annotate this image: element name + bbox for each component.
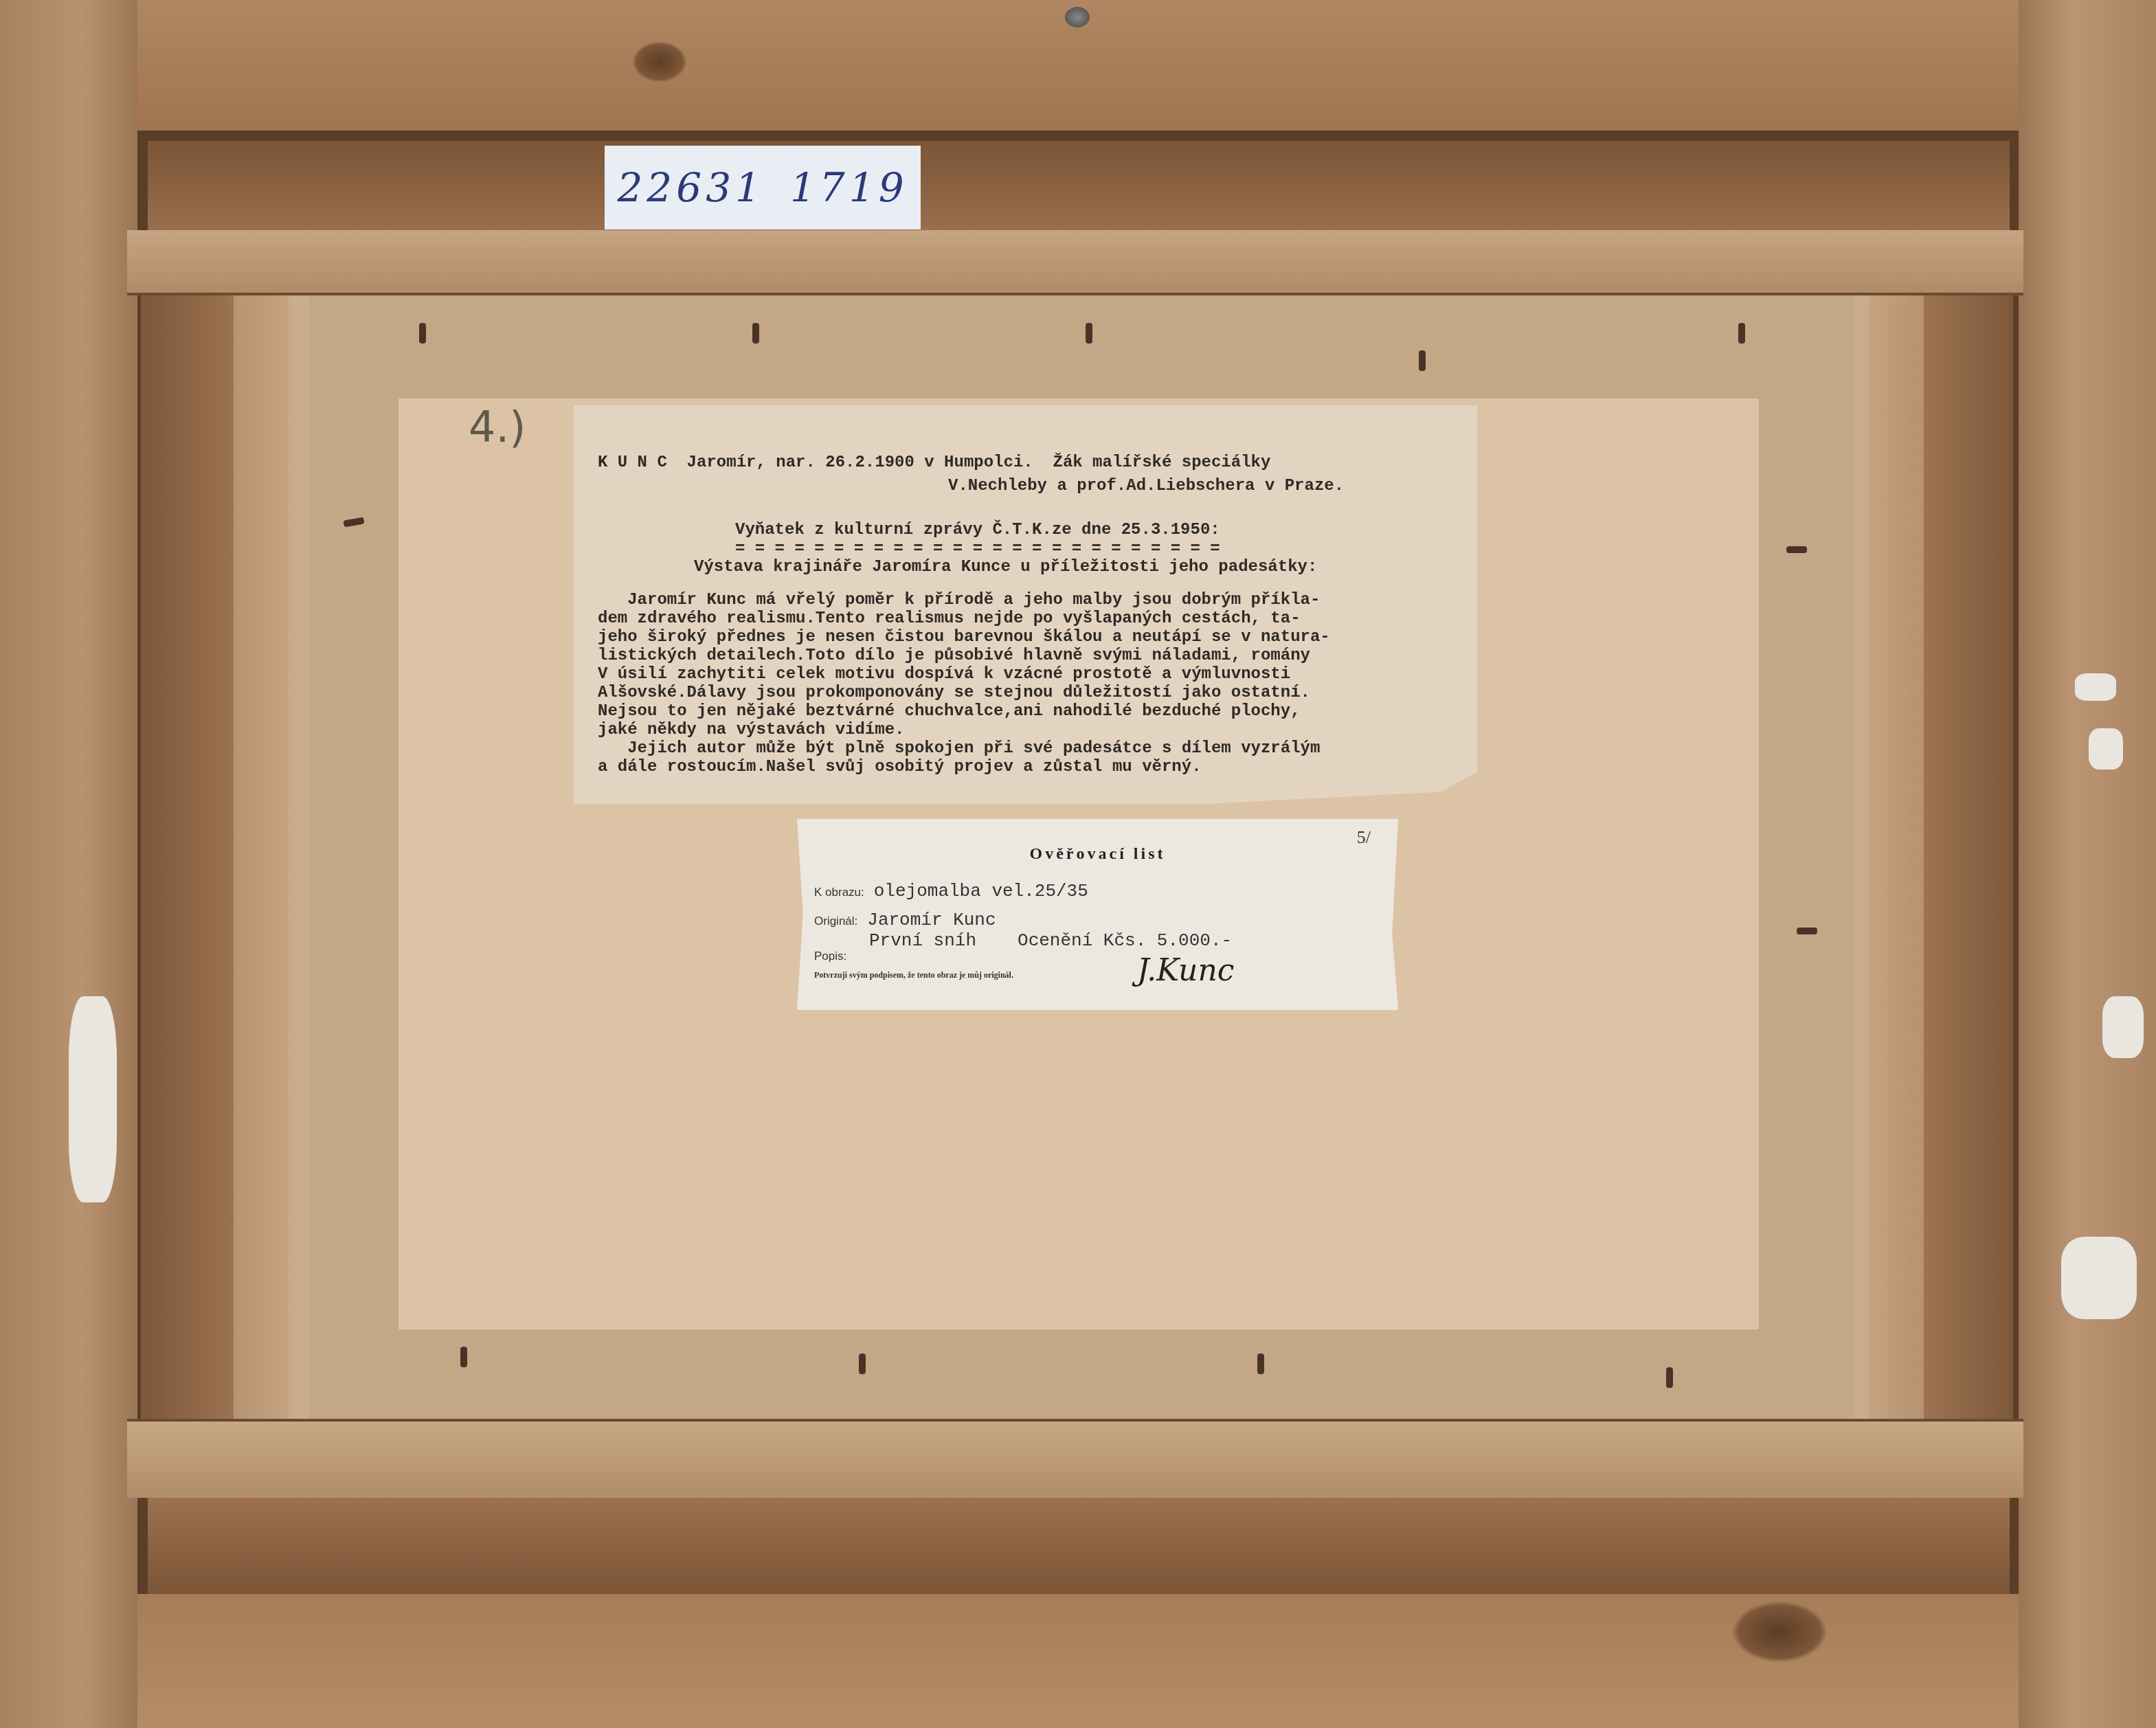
typed-body-line: Alšovské.Dálavy jsou prokomponovány se s… [598,684,1310,702]
typed-body-line: V úsilí zachytiti celek motivu dospívá k… [598,665,1290,684]
typed-body-line: Nejsou to jen nějaké beztvárné chuchvalc… [598,702,1301,721]
certificate-title: Ověřovací list [797,845,1398,864]
inner-wood-bottom [148,1498,2010,1594]
stretcher-top [127,230,2023,295]
original-value: Jaromír Kunc [867,910,996,930]
paint-chip [2089,728,2123,770]
typed-biography-sheet: K U N C Jaromír, nar. 26.2.1900 v Humpol… [574,405,1477,804]
certificate-corner-mark: 5/ [1357,827,1371,848]
nail-icon [1797,928,1817,934]
typed-body-line: Jejich autor může být plně spokojen při … [598,739,1320,758]
inventory-number-left: 22631 [617,164,765,211]
certificate-confirmation: Potvrzuji svým podpisem, že tento obraz … [814,970,1013,980]
typed-header-line1: K U N C Jaromír, nar. 26.2.1900 v Humpol… [598,453,1270,472]
paint-chip [2102,996,2144,1058]
nail-icon [1419,350,1426,371]
nail-icon [1738,323,1745,344]
frame-bottom-rail [0,1594,2156,1728]
frame-right-rail [2019,0,2156,1728]
original-label: Originál: [814,915,857,928]
inner-wood-top [148,141,2010,237]
inner-wood-right [1920,237,2013,1498]
artist-signature: J.Kunc [1137,953,1234,988]
nail-icon [460,1347,467,1367]
paint-chip [2075,673,2116,701]
paint-chip [69,996,117,1202]
certificate-row-popis: Popis: [814,950,846,963]
hanging-screw-icon [1065,7,1090,27]
paint-chip [2061,1237,2137,1319]
inventory-number-label: 22631 1719 [605,146,921,229]
inner-wood-left [141,237,237,1498]
k-obrazu-label: K obrazu: [814,886,864,899]
nail-icon [419,323,426,344]
typed-header-line2: V.Nechleby a prof.Ad.Liebschera v Praze. [948,477,1344,495]
nail-icon [752,323,759,344]
typed-separator: = = = = = = = = = = = = = = = = = = = = … [735,540,1220,559]
typed-body-line: dem zdravého realismu.Tento realismus ne… [598,609,1301,628]
typed-excerpt-title: Vyňatek z kulturní zprávy Č.T.K.ze dne 2… [735,521,1220,539]
nail-icon [859,1354,866,1374]
popis-label: Popis: [814,950,846,963]
certificate-row-original: Originál: Jaromír Kunc [814,910,996,930]
stretcher-bottom [127,1419,2023,1498]
nail-icon [1666,1367,1673,1388]
typed-exhibition-title: Výstava krajináře Jaromíra Kunce u příle… [694,558,1317,576]
nail-icon [1086,323,1092,344]
typed-body-line: jeho široký přednes je nesen čistou bare… [598,628,1330,647]
certificate-row-title: První sníh Ocenění Kčs. 5.000.- [869,930,1232,951]
authentication-certificate: Ověřovací list 5/ K obrazu: olejomalba v… [797,819,1398,1010]
inventory-number-right: 1719 [790,164,908,211]
wood-knot [632,41,687,82]
k-obrazu-value: olejomalba vel.25/35 [874,881,1088,901]
handwritten-note: 4.) [469,402,526,452]
certificate-row-painting: K obrazu: olejomalba vel.25/35 [814,881,1088,901]
typed-body-line: a dále rostoucím.Našel svůj osobitý proj… [598,758,1202,776]
nail-icon [1786,546,1807,553]
typed-body-line: listických detailech.Toto dílo je působi… [598,647,1310,665]
painting-title-value: První sníh [869,930,976,951]
nail-icon [1257,1354,1264,1374]
typed-body-line: Jaromír Kunc má vřelý poměr k přírodě a … [598,591,1320,609]
valuation-value: Ocenění Kčs. 5.000.- [1018,930,1232,951]
wood-knot [1731,1601,1828,1663]
frame-left-rail [0,0,137,1728]
typed-body-line: jaké někdy na výstavách vidíme. [598,721,904,739]
